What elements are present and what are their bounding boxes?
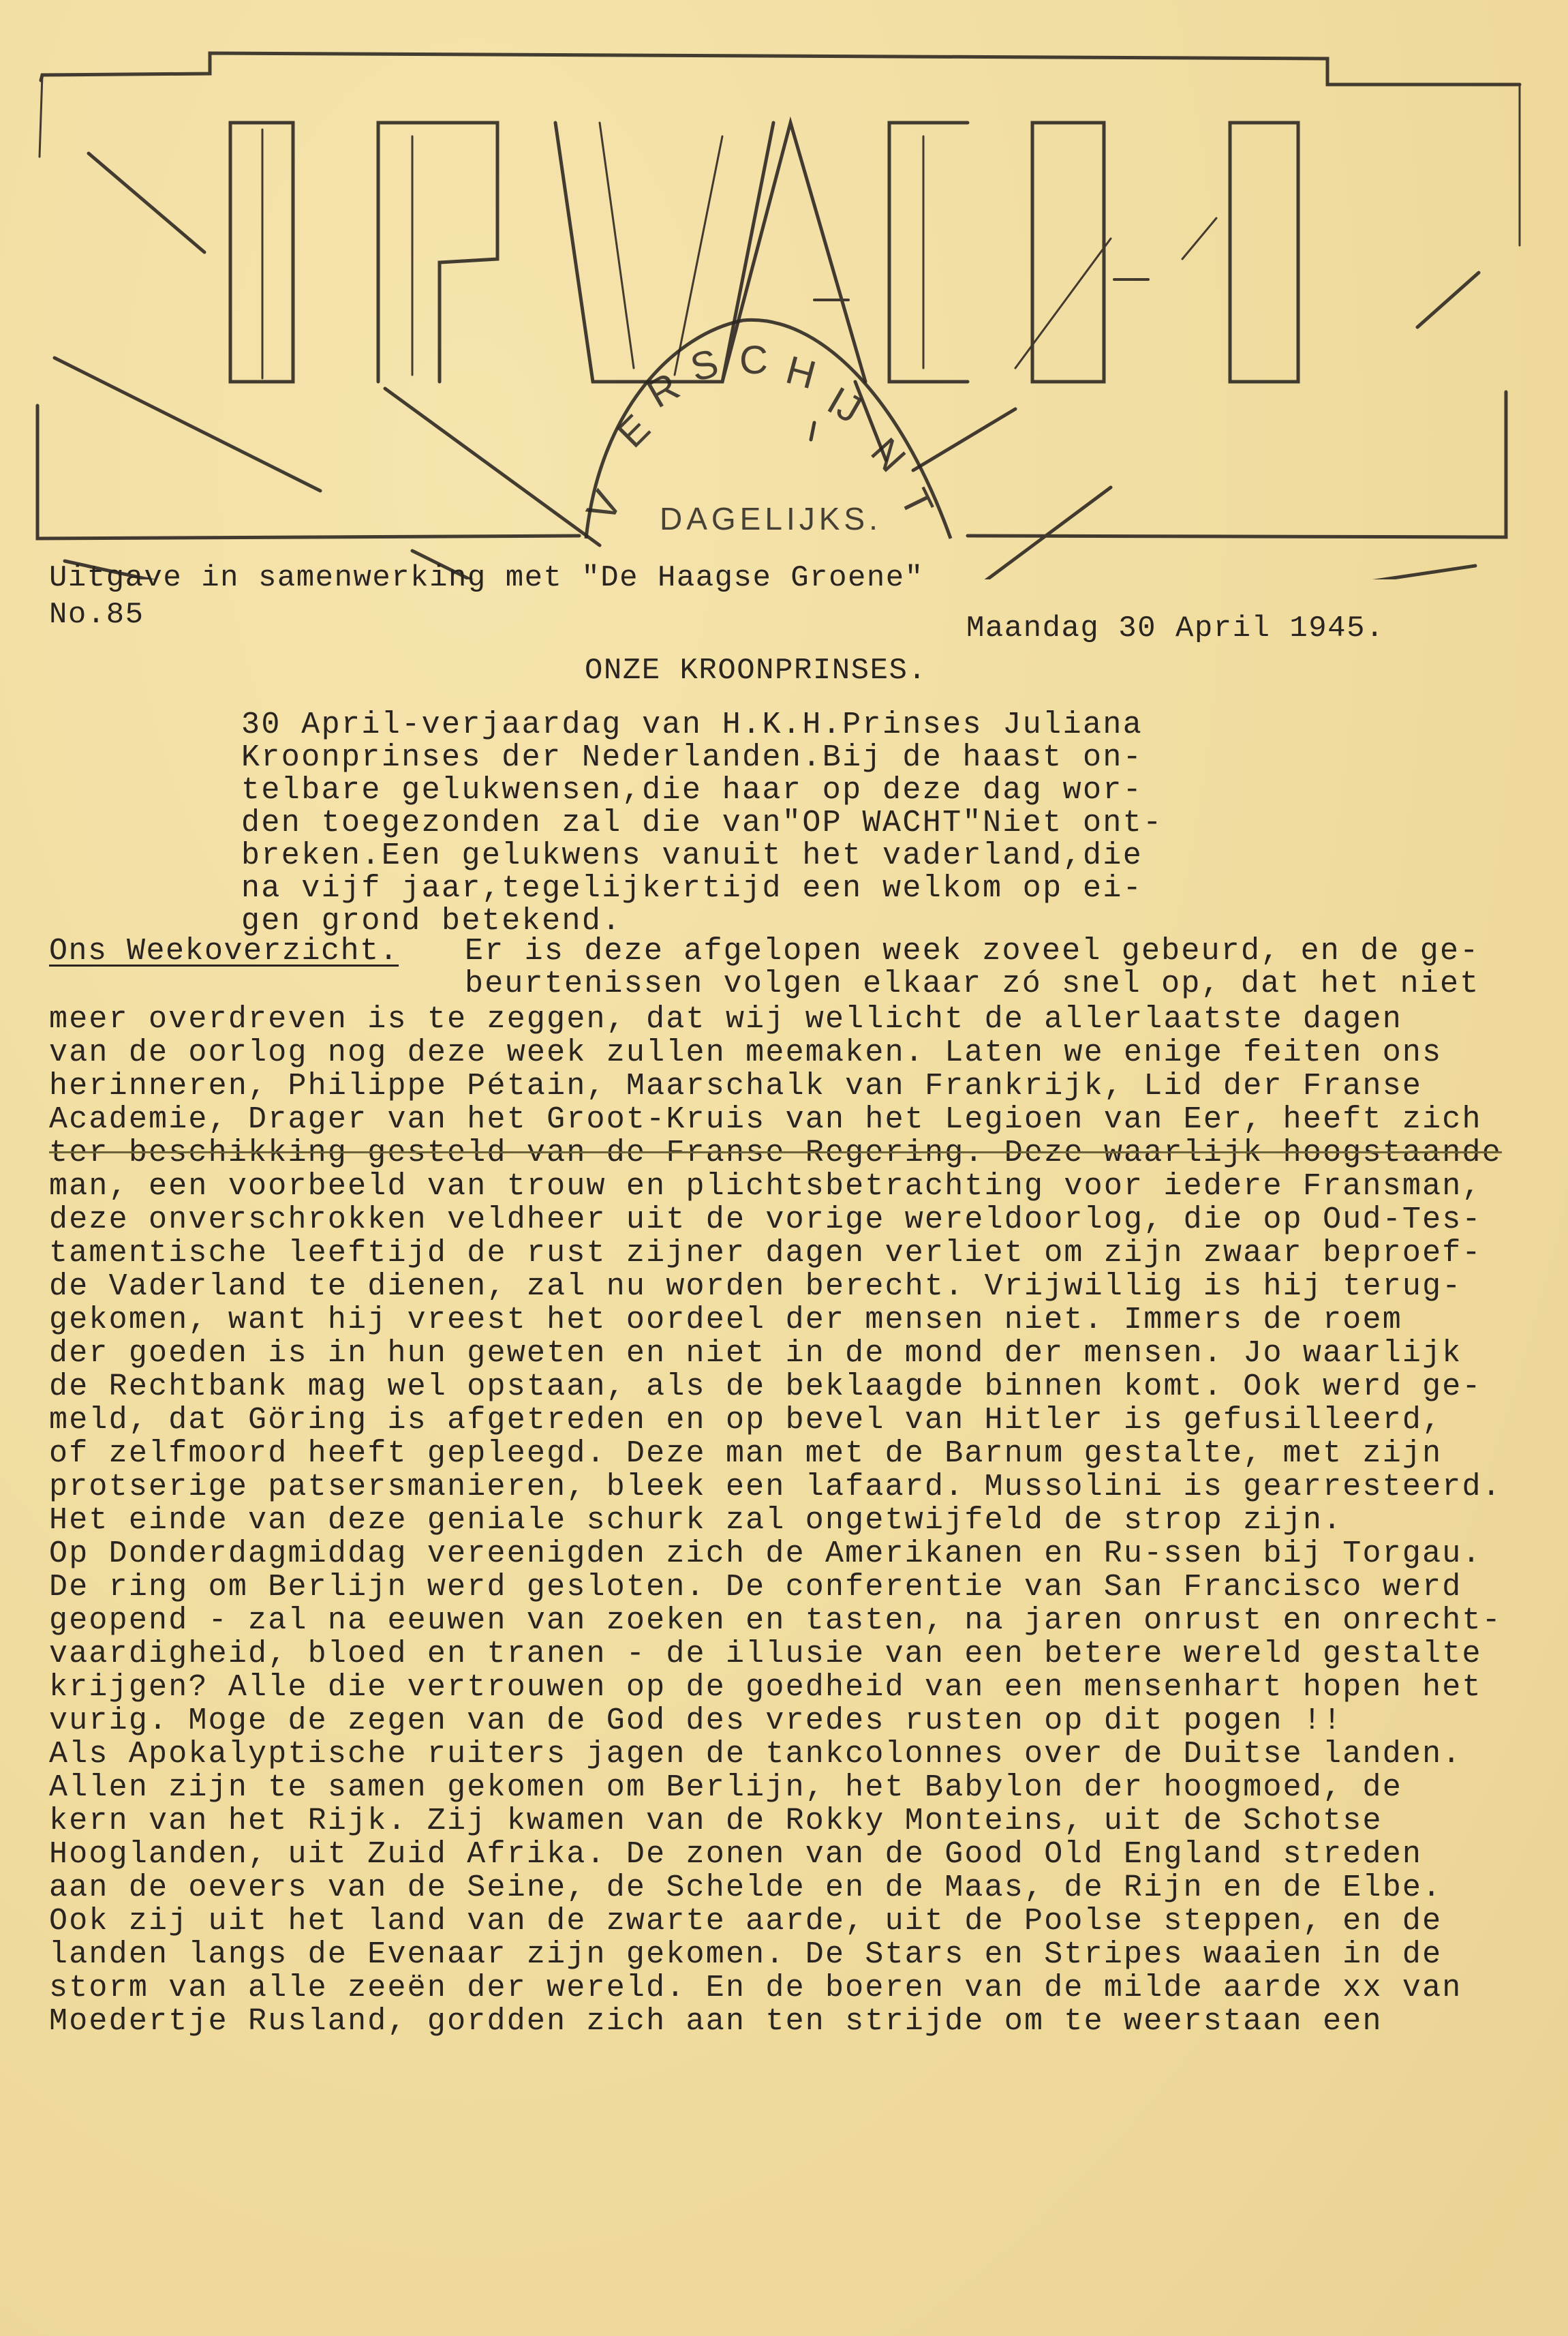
article-line: storm van alle zeeën der wereld. En de b… [49, 1971, 1462, 2003]
article-line: gekomen, want hij vreest het oordeel der… [49, 1303, 1402, 1335]
article-line: De ring om Berlijn werd gesloten. De con… [49, 1570, 1462, 1603]
svg-text:T: T [891, 482, 942, 523]
article-line: beurtenissen volgen elkaar zó snel op, d… [465, 969, 1479, 999]
article-line: vurig. Moge de zegen van de God des vred… [49, 1703, 1342, 1736]
article-line: der goeden is in hun geweten en niet in … [49, 1336, 1462, 1369]
article-line: herinneren, Philippe Pétain, Maarschalk … [49, 1069, 1422, 1102]
article-line: deze onverschrokken veldheer uit de vori… [49, 1202, 1482, 1235]
article-line: Als Apokalyptische ruiters jagen de tank… [49, 1737, 1462, 1770]
sun-arc-text-start: V [577, 483, 630, 529]
masthead-artwork: V E R S C H IJ N T [0, 0, 1568, 579]
publisher-line: Uitgave in samenwerking met "De Haagse G… [49, 563, 924, 593]
article-line: of zelfmoord heeft gepleegd. Deze man me… [49, 1436, 1442, 1469]
svg-text:H: H [782, 348, 820, 398]
article-line: meer overdreven is te zeggen, dat wij we… [49, 1002, 1402, 1035]
sun-base-text: DAGELIJKS. [660, 503, 882, 534]
article-line: man, een voorbeeld van trouw en plichtsb… [49, 1169, 1482, 1202]
svg-text:R: R [640, 364, 687, 416]
article-line: Ook zij uit het land van de zwarte aarde… [49, 1904, 1442, 1937]
svg-text:N: N [862, 429, 914, 481]
article-line: tamentische leeftijd de rust zijner dage… [49, 1236, 1482, 1269]
article-line: 30 April-verjaardag van H.K.H.Prinses Ju… [241, 708, 1143, 742]
article-line: Op Donderdagmiddag vereenigden zich de A… [49, 1536, 1482, 1569]
article-line: telbare gelukwensen,die haar op deze dag… [241, 773, 1143, 808]
article-line: den toegezonden zal die van"OP WACHT"Nie… [241, 806, 1163, 840]
article-line: Kroonprinses der Nederlanden.Bij de haas… [241, 740, 1143, 775]
article-line: Hooglanden, uit Zuid Afrika. De zonen va… [49, 1837, 1422, 1870]
article-line-struck: ter beschikking gesteld van de Franse Re… [49, 1136, 1502, 1168]
article-line: vaardigheid, bloed en tranen - de illusi… [49, 1637, 1482, 1669]
issue-number: No.85 [49, 600, 144, 630]
article-line: aan de oevers van de Seine, de Schelde e… [49, 1870, 1442, 1903]
article-title-crown-princess: ONZE KROONPRINSES. [585, 656, 927, 686]
svg-text:C: C [739, 338, 768, 382]
article-line: de Rechtbank mag wel opstaan, als de bek… [49, 1369, 1482, 1402]
frame-top [41, 53, 1520, 85]
article-line: Het einde van deze geniale schurk zal on… [49, 1503, 1342, 1536]
masthead: V E R S C H IJ N T DAGELIJKS. OP WACHT V… [0, 0, 1568, 579]
article-line: de Vaderland te dienen, zal nu worden be… [49, 1269, 1462, 1302]
article-line: Er is deze afgelopen week zoveel gebeurd… [465, 936, 1479, 967]
article-line: landen langs de Evenaar zijn gekomen. De… [49, 1937, 1442, 1970]
article-line: kern van het Rijk. Zij kwamen van de Rok… [49, 1804, 1383, 1836]
svg-text:E: E [609, 406, 658, 456]
article-line: Moedertje Rusland, gordden zich aan ten … [49, 2004, 1383, 2037]
article-line: meld, dat Göring is afgetreden en op bev… [49, 1403, 1442, 1436]
article-line: Academie, Drager van het Groot-Kruis van… [49, 1102, 1482, 1135]
article-line: na vijf jaar,tegelijkertijd een welkom o… [241, 871, 1143, 906]
section-heading-week-overview: Ons Weekoverzicht. [49, 936, 399, 967]
article-line: krijgen? Alle die vertrouwen op de goedh… [49, 1670, 1482, 1703]
article-line: van de oorlog nog deze week zullen meema… [49, 1035, 1442, 1068]
svg-text:IJ: IJ [820, 378, 870, 432]
article-line: breken.Een gelukwens vanuit het vaderlan… [241, 838, 1143, 873]
article-line: geopend - zal na eeuwen van zoeken en ta… [49, 1603, 1502, 1636]
article-line: Allen zijn te samen gekomen om Berlijn, … [49, 1770, 1402, 1803]
article-line: protserige patsersmanieren, bleek een la… [49, 1470, 1502, 1502]
issue-date: Maandag 30 April 1945. [966, 613, 1385, 643]
